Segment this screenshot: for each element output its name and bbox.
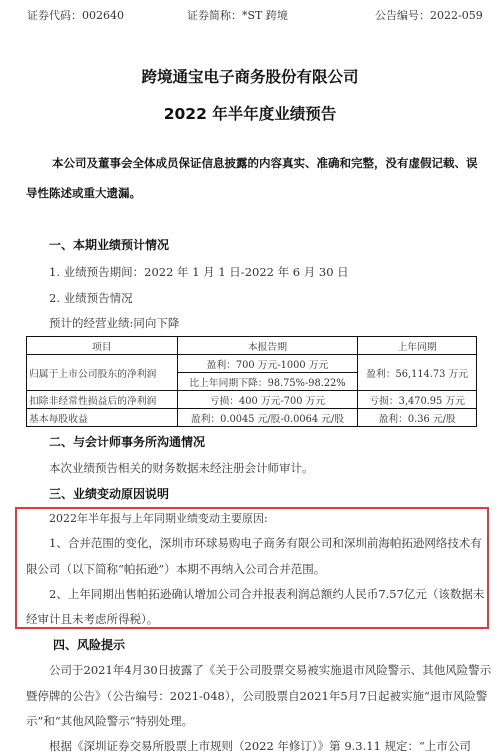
forecast-situation: 2. 业绩预告情况 — [49, 290, 133, 306]
section-1-heading: 一、本期业绩预计情况 — [49, 236, 169, 253]
reason-1-line-2: 限公司（以下简称“帕拓逊”）本期不再纳入公司合并范围。 — [26, 561, 325, 577]
table-cell-item: 扣除非经常性损益后的净利润 — [27, 391, 178, 409]
risk-paragraph-1-line-1: 公司于2021年4月30日披露了《关于公司股票交易被实施退市风险警示、其他风险警… — [49, 662, 491, 678]
section-4-heading: 四、风险提示 — [53, 636, 125, 653]
section-3-heading: 三、业绩变动原因说明 — [49, 485, 169, 502]
table-cell-prior: 盈利：0.36 元/股 — [358, 409, 477, 427]
table-cell-item: 归属于上市公司股东的净利润 — [27, 355, 178, 391]
table-cell-prior: 亏损：3,470.95 万元 — [358, 391, 477, 409]
table-row: 扣除非经常性损益后的净利润 亏损：400 万元-700 万元 亏损：3,470.… — [27, 391, 477, 409]
reason-intro: 2022年半年报与上年同期业绩变动主要原因: — [49, 510, 268, 526]
document-title: 2022 年半年度业绩预告 — [0, 102, 500, 124]
announcement-number: 公告编号：2022-059 — [375, 7, 483, 23]
expected-performance: 预计的经营业绩:同向下降 — [49, 315, 179, 331]
stock-code: 证券代码：002640 — [27, 7, 124, 23]
reason-2-line-1: 2、上年同期出售帕拓逊确认增加公司合并报表利润总额约人民币7.57亿元（该数据未 — [49, 586, 484, 602]
table-row: 归属于上市公司股东的净利润 盈利：700 万元-1000 万元 盈利：56,11… — [27, 355, 477, 373]
risk-paragraph-1-line-2: 暨停牌的公告》（公告编号：2021-048），公司股票自2021年5月7日起被实… — [26, 688, 487, 704]
reason-1-line-1: 1、合并范围的变化，深圳市环球易购电子商务有限公司和深圳前海帕拓逊网络技术有 — [49, 535, 482, 551]
forecast-table: 项目 本报告期 上年同期 归属于上市公司股东的净利润 盈利：700 万元-100… — [26, 336, 477, 427]
table-header: 本报告期 — [177, 337, 358, 355]
table-cell-current: 盈利：700 万元-1000 万元 — [177, 355, 358, 373]
statement-line-2: 导性陈述或重大遗漏。 — [26, 185, 141, 201]
section-2-heading: 二、与会计师事务所沟通情况 — [49, 433, 205, 450]
table-header-row: 项目 本报告期 上年同期 — [27, 337, 477, 355]
forecast-period: 1. 业绩预告期间：2022 年 1 月 1 日-2022 年 6 月 30 日 — [49, 264, 349, 280]
risk-paragraph-2-line-1: 根据《深圳证券交易所股票上市规则（2022 年修订）》第 9.3.11 规定：“… — [49, 738, 471, 754]
table-cell-item: 基本每股收益 — [27, 409, 178, 427]
audit-statement: 本次业绩预告相关的财务数据未经注册会计师审计。 — [49, 460, 314, 476]
table-cell-prior: 盈利：56,114.73 万元 — [358, 355, 477, 391]
statement-line-1: 本公司及董事会全体成员保证信息披露的内容真实、准确和完整，没有虚假记载、误 — [52, 155, 478, 171]
table-header: 项目 — [27, 337, 178, 355]
stock-short-name: 证券简称：*ST 跨境 — [187, 7, 288, 23]
table-cell-current: 比上年同期下降：98.75%-98.22% — [177, 373, 358, 391]
table-row: 基本每股收益 盈利：0.0045 元/股-0.0064 元/股 盈利：0.36 … — [27, 409, 477, 427]
company-name: 跨境通宝电子商务股份有限公司 — [0, 65, 500, 87]
table-cell-current: 亏损：400 万元-700 万元 — [177, 391, 358, 409]
table-header: 上年同期 — [358, 337, 477, 355]
reason-2-line-2: 经审计且未考虑所得税）。 — [26, 611, 158, 627]
table-cell-current: 盈利：0.0045 元/股-0.0064 元/股 — [177, 409, 358, 427]
risk-paragraph-1-line-3: 示”和“其他风险警示”特别处理。 — [26, 713, 193, 729]
